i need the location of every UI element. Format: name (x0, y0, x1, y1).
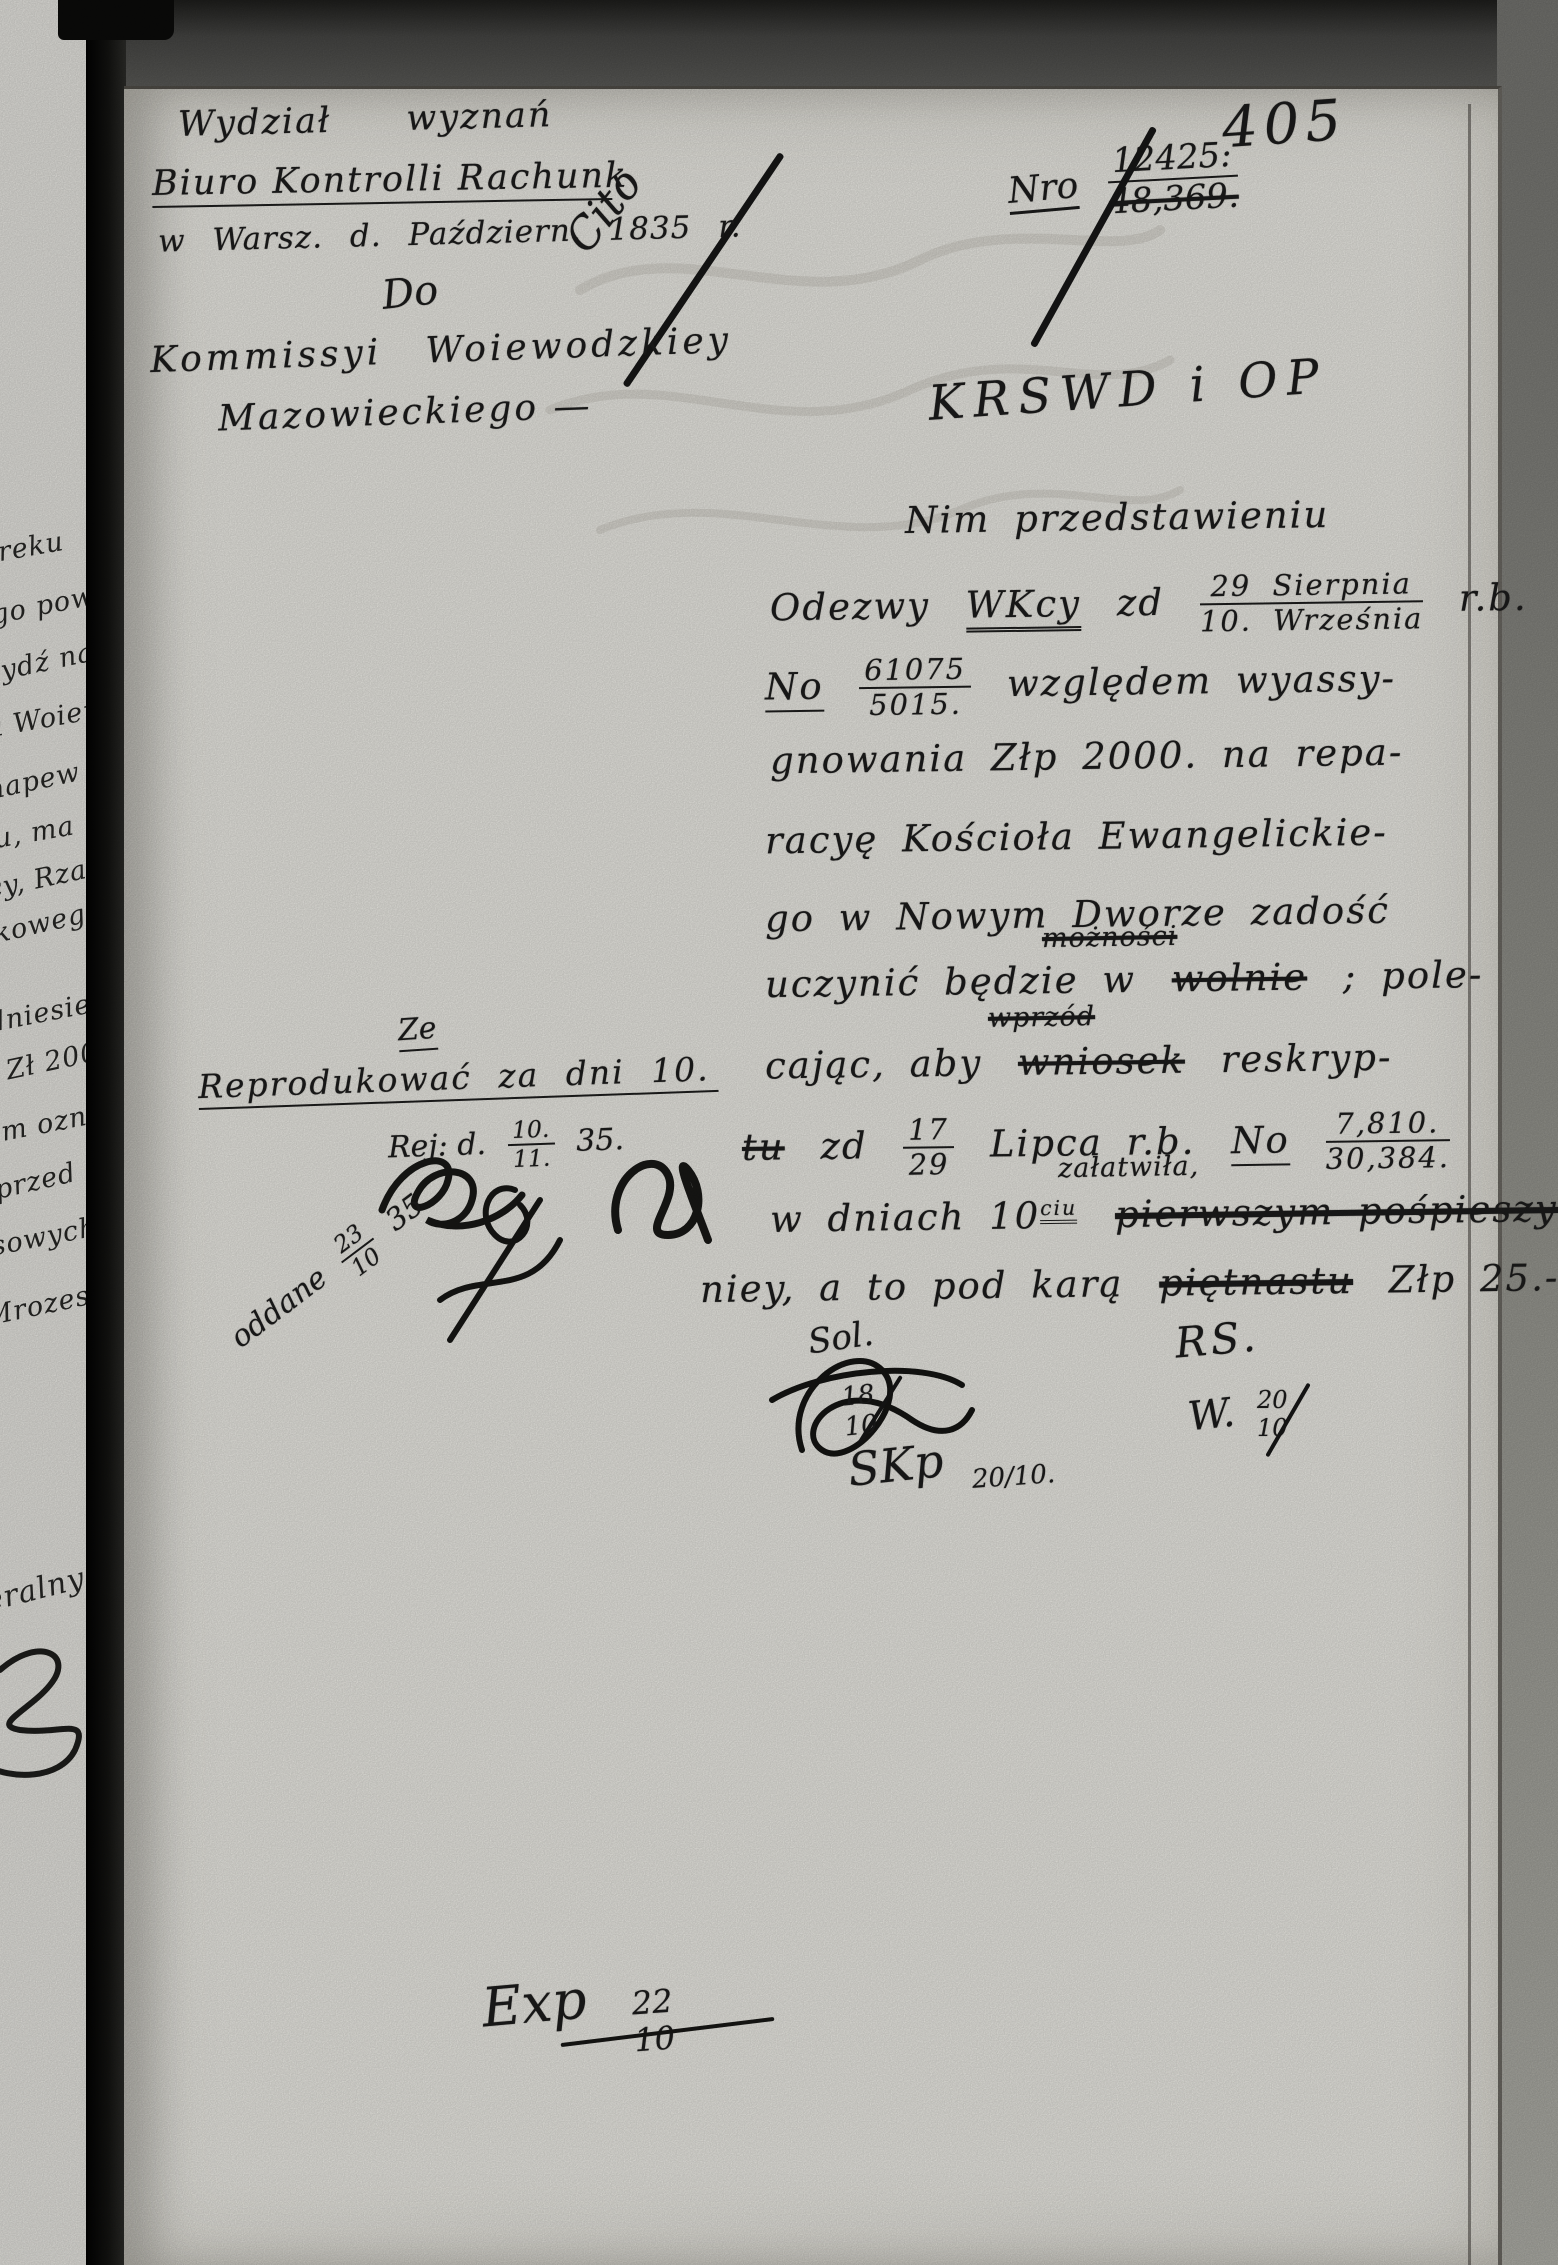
rs-mark: RS. (1173, 1311, 1261, 1367)
body-l3-no: No (765, 664, 824, 712)
body-l2-zd: zd (1116, 581, 1164, 625)
body-l9-date-top: 17 (903, 1114, 954, 1149)
w-date-top: 20 (1252, 1388, 1293, 1415)
body-l10-superscript: ciu (1040, 1195, 1077, 1224)
skp-mark: SKp (845, 1433, 945, 1497)
body-l2-dual-date: 29 Sierpnia 10. Września (1199, 568, 1423, 637)
margin-fragment: nt reku (0, 526, 66, 575)
margin-fragment: ya Woien (0, 694, 88, 747)
w-date: 20 10 (1252, 1388, 1293, 1442)
registry-number-bottom-struck: 48,369. (1108, 176, 1240, 220)
body-l10-inserted-word: załatwiła, (1058, 1151, 1200, 1184)
book-gutter (86, 0, 126, 2265)
fastener-black-tab (58, 0, 174, 40)
exp-date-top: 22 (626, 1983, 679, 2022)
body-line-5: racyę Kościoła Ewangelickie- (765, 811, 1388, 863)
body-l10-struck: pierwszym pośpieszyła; (1115, 1186, 1558, 1236)
handed-paraph-flourish (420, 1180, 570, 1350)
body-l9-number: 7,810. 30,384. (1325, 1107, 1450, 1175)
body-l11-struck: piętnastu (1159, 1259, 1353, 1305)
body-l3-post: względem wyassy- (1007, 656, 1397, 704)
body-l9-no: No (1231, 1118, 1290, 1166)
body-l8-pre: cając, aby (765, 1041, 983, 1087)
exp-date: 22 10 (626, 1983, 682, 2057)
body-l3-number: 61075 5015. (859, 654, 972, 722)
exp-mark: Exp (479, 1968, 589, 2040)
body-l9-num-bottom: 30,384. (1326, 1141, 1451, 1175)
body-l3-num-bottom: 5015. (859, 688, 971, 722)
body-l9-num-top: 7,810. (1325, 1107, 1450, 1143)
margin-fragment: ssowych. (0, 1210, 88, 1266)
margin-fragment: przed (0, 1157, 79, 1206)
body-l11-post: Złp 25.- (1389, 1256, 1558, 1301)
margin-fragment: tem ozna (0, 1098, 88, 1154)
body-l8-inserted-word: wprzód (988, 1001, 1096, 1034)
body-l2-date-top: 29 Sierpnia (1199, 568, 1423, 605)
address-to: Do (380, 267, 441, 319)
body-l7-post: ; pole- (1343, 953, 1484, 998)
margin-fragment: iu, ma (0, 810, 77, 856)
body-l7-inserted-word: możności (1042, 921, 1178, 954)
scanner-top-band (0, 0, 1558, 92)
sol-date-top: 18 (835, 1380, 881, 1413)
body-l7-struck: wolnie (1171, 956, 1307, 1001)
registry-no-label: Nro (1006, 165, 1080, 215)
margin-fragment: Mrozes. (0, 1278, 88, 1333)
body-l10-pre: w dniach 10 (770, 1194, 1041, 1241)
rej-second-paraph (598, 1140, 718, 1260)
adjacent-page-strip: nt reku tego pow bydź na ya Woien napew … (0, 0, 88, 2265)
body-l7-pre: uczynić będzie w (765, 958, 1137, 1006)
body-line-2: Odezwy WKcy zd 29 Sierpnia 10. Września … (770, 567, 1541, 644)
body-l8-struck: wniosek (1018, 1039, 1186, 1084)
margin-fragment: bydź na (0, 637, 88, 691)
margin-fragment: takowego (0, 895, 88, 957)
margin-fragment: tego pow (0, 581, 88, 637)
body-l9-dual-date: 17 29 (903, 1114, 955, 1181)
skp-date: 20/10. (971, 1459, 1056, 1495)
body-l9-struck: tu (742, 1125, 785, 1169)
body-line-4: gnowania Złp 2000. na repa- (770, 731, 1404, 783)
body-line-8: cając, aby wniosek reskryp- (765, 1036, 1405, 1088)
margin-fragment: odniesie (0, 989, 88, 1043)
body-l8-post: reskryp- (1220, 1036, 1392, 1081)
scanner-right-strip (1497, 0, 1558, 2265)
body-line-3: No 61075 5015. względem wyassy- (765, 648, 1409, 723)
w-mark: W. (1186, 1390, 1237, 1441)
body-l2-post: r.b. (1459, 575, 1528, 619)
body-l2-date-bottom: 10. Września (1200, 602, 1424, 637)
body-l3-num-top: 61075 (859, 654, 971, 690)
body-l11-pre: niey, a to pod karą (700, 1262, 1124, 1311)
body-l2-pre: Odezwy (770, 584, 931, 629)
margin-signature-flourish (0, 1630, 88, 1790)
body-l9-zd: zd (820, 1124, 868, 1168)
margin-fragment: ty Zł 2000 (0, 1033, 88, 1094)
page-edge-line (1468, 104, 1471, 2265)
body-l2-abbrev: WKcy (965, 582, 1081, 633)
margin-fragment: neralny (0, 1561, 88, 1625)
margin-fragment: napew (0, 756, 83, 806)
office-line-2: Biuro Kontrolli Rachunk (152, 156, 613, 208)
ze-note: Ze (397, 1011, 438, 1053)
body-line-1: Nim przedstawieniu (905, 493, 1330, 542)
page-number: 405 (1220, 88, 1349, 162)
exp-date-bottom: 10 (628, 2019, 681, 2058)
body-l9-date-bottom: 29 (903, 1148, 954, 1181)
scanned-document-canvas: nt reku tego pow bydź na ya Woien napew … (0, 0, 1558, 2265)
